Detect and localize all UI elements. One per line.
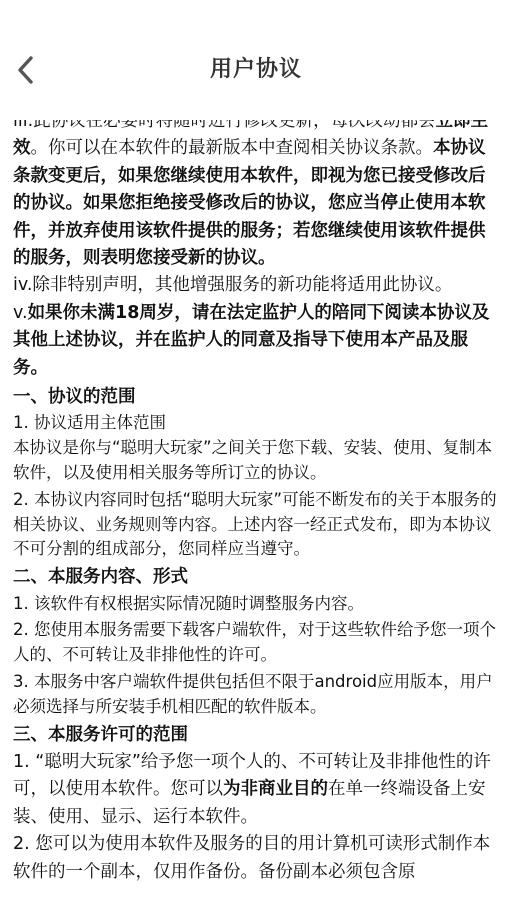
section-2-item-1: 1. 该软件有权根据实际情况随时调整服务内容。 <box>13 592 500 617</box>
section-1-item-1: 1. 协议适用主体范围 <box>13 411 500 436</box>
clause-v: v.如果你未满18周岁，请在法定监护人的陪同下阅读本协议及其他上述协议，并在监护… <box>13 300 500 382</box>
section-2-heading: 二、本服务内容、形式 <box>13 564 500 591</box>
section-1-item-2: 2. 本协议内容同时包括“聪明大玩家”可能不断发布的关于本服务的相关协议、业务规… <box>13 488 500 562</box>
clause-v-prefix: v. <box>13 303 28 323</box>
section-1-item-1-body: 本协议是你与“聪明大玩家”之间关于您下载、安装、使用、复制本软件，以及使用相关服… <box>13 436 500 486</box>
section-3-item-1: 1. “聪明大玩家”给予您一项个人的、不可转让及非排他性的许可，以使用本软件。您… <box>13 749 500 831</box>
section-1-heading: 一、协议的范围 <box>13 384 500 411</box>
section-3-item-2: 2. 您可以为使用本软件及服务的目的用计算机可读形式制作本软件的一个副本，仅用作… <box>13 831 500 886</box>
clause-v-bold: 如果你未满18周岁，请在法定监护人的陪同下阅读本协议及其他上述协议，并在监护人的… <box>13 303 489 378</box>
clause-iii-text-2: 。你可以在本软件的最新版本中查阅相关协议条款。 <box>31 138 434 158</box>
section-2-item-3: 3. 本服务中客户端软件提供包括但不限于android应用版本，用户必须选择与所… <box>13 670 500 720</box>
section-3-item-1-bold: 为非商业目的 <box>223 779 328 799</box>
section-2-item-2: 2. 您使用本服务需要下载客户端软件，对于这些软件给予您一项个人的、不可转让及非… <box>13 618 500 668</box>
page-title: 用户协议 <box>0 52 512 83</box>
section-3-heading: 三、本服务许可的范围 <box>13 722 500 749</box>
agreement-scroll-area[interactable]: iii.此协议在必要时将随时进行修改更新，每次改动都会立即生效。你可以在本软件的… <box>0 114 512 910</box>
clause-iii: iii.此协议在必要时将随时进行修改更新，每次改动都会立即生效。你可以在本软件的… <box>13 114 500 272</box>
clause-iv: iv.除非特别声明，其他增强服务的新功能将适用此协议。 <box>13 272 500 299</box>
agreement-document: iii.此协议在必要时将随时进行修改更新，每次改动都会立即生效。你可以在本软件的… <box>0 114 512 886</box>
status-bar <box>0 0 512 40</box>
top-navigation-bar: 用户协议 <box>0 40 512 120</box>
